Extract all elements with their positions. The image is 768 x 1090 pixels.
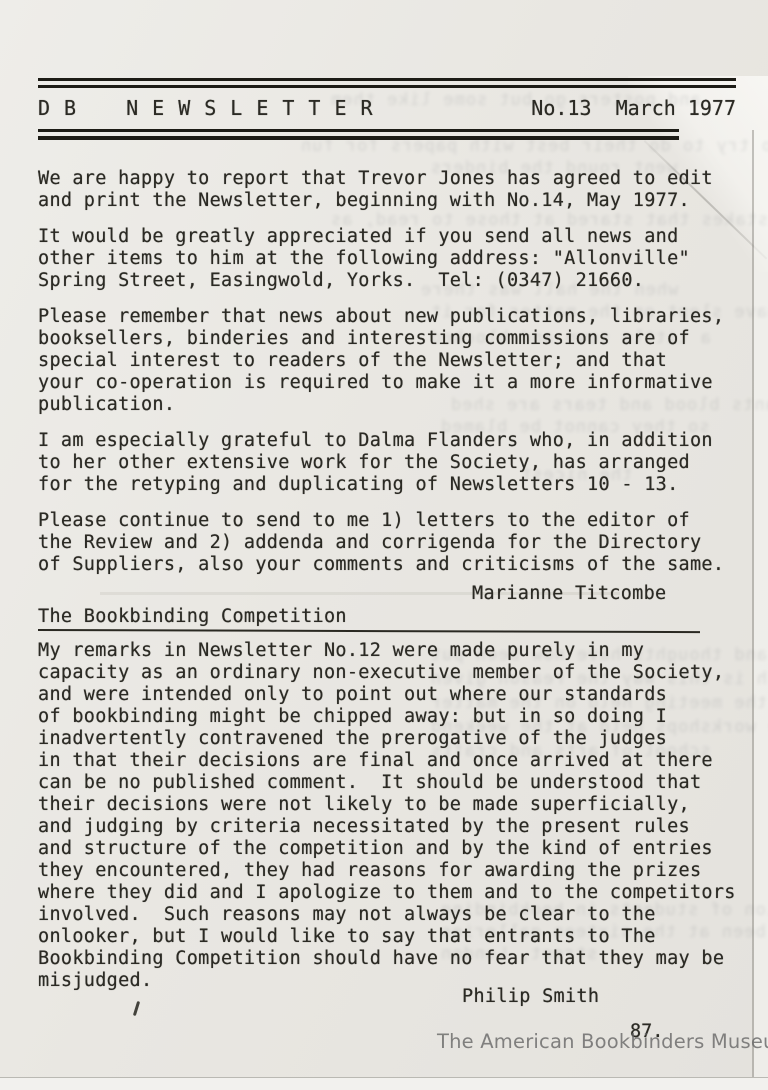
section-heading-bookbinding-competition: The Bookbinding Competition (38, 606, 736, 628)
masthead: DB NEWSLETTER No.13 March 1977 (38, 96, 736, 120)
newsletter-title: DB NEWSLETTER (38, 96, 387, 120)
paragraph-please-continue: Please continue to send to me 1) letters… (38, 510, 736, 576)
paragraph-trevor-jones: We are happy to report that Trevor Jones… (38, 168, 736, 212)
paragraph-send-news: It would be greatly appreciated if you s… (38, 226, 736, 292)
paragraph-please-remember: Please remember that news about new publ… (38, 306, 736, 416)
ink-mark (133, 1001, 140, 1016)
document-scan: and posters go but some like themhow who… (0, 0, 768, 1090)
issue-and-date: No.13 March 1977 (531, 96, 736, 120)
paper-edge-right-band (754, 130, 768, 1077)
museum-watermark: The American Bookbinders Museum (437, 1030, 768, 1053)
paper-edge-bottom (0, 1077, 768, 1090)
section-body-text: My remarks in Newsletter No.12 were made… (38, 640, 736, 992)
header-rule-bottom (38, 129, 679, 140)
section-heading-underline (38, 629, 700, 633)
signature-philip-smith: Philip Smith (462, 986, 599, 1007)
signature-marianne-titcombe: Marianne Titcombe (472, 583, 666, 604)
header-rule-top (38, 78, 736, 88)
paper-edge-right (752, 130, 754, 1077)
newsletter-content: DB NEWSLETTER No.13 March 1977 We are ha… (38, 0, 736, 992)
paragraph-dalma-flanders: I am especially grateful to Dalma Flande… (38, 430, 736, 496)
